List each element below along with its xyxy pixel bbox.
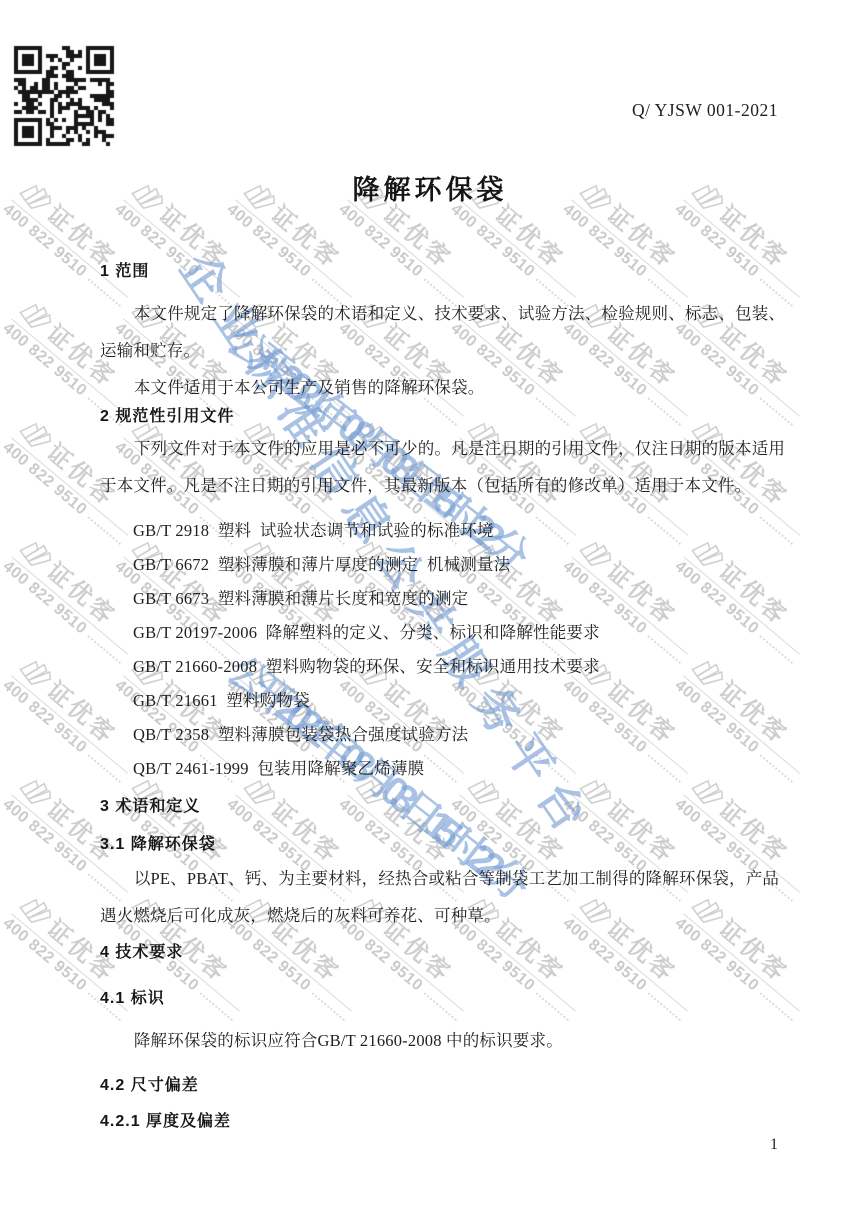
stamp-fan-logo-icon [15,769,59,812]
stamp-fan-logo-icon [15,293,59,336]
normative-reference-list: GB/T 2918 塑料 试验状态调节和试验的标准环境 GB/T 6672 塑料… [100,514,792,786]
stamp-fan-logo-icon [15,650,59,693]
reference-item: QB/T 2358 塑料薄膜包装袋热合强度试验方法 [100,718,792,752]
reference-item: GB/T 6673 塑料薄膜和薄片长度和宽度的测定 [100,582,792,616]
document-body: 1 范围 本文件规定了降解环保袋的术语和定义、技术要求、试验方法、检验规则、标志… [100,255,792,1133]
document-page: 证优客400 822 9510证优客400 822 9510证优客400 822… [0,0,860,1217]
stamp-phone-text: 400 822 9510 [0,320,90,401]
section-4-1-paragraph: 降解环保袋的标识应符合GB/T 21660-2008 中的标识要求。 [100,1022,792,1059]
section-3-1-paragraph: 以PE、PBAT、钙、为主要材料，经热合或粘合等制袋工艺加工制得的降解环保袋，产… [100,860,792,934]
section-4-1-heading: 4.1 标识 [100,988,792,1010]
reference-item: GB/T 20197-2006 降解塑料的定义、分类、标识和降解性能要求 [100,616,792,650]
reference-item: GB/T 21661 塑料购物袋 [100,684,792,718]
section-3-heading: 3 术语和定义 [100,796,792,818]
stamp-fan-logo-icon [15,531,59,574]
stamp-fan-logo-icon [15,888,59,931]
stamp-phone-text: 400 822 9510 [0,558,90,639]
section-1-paragraph: 本文件规定了降解环保袋的术语和定义、技术要求、试验方法、检验规则、标志、包装、运… [100,295,792,369]
section-2-heading: 2 规范性引用文件 [100,406,792,428]
stamp-phone-text: 400 822 9510 [0,677,90,758]
reference-item: GB/T 2918 塑料 试验状态调节和试验的标准环境 [100,514,792,548]
page-number: 1 [770,1136,778,1154]
section-2-paragraph: 下列文件对于本文件的应用是必不可少的。凡是注日期的引用文件，仅注日期的版本适用于… [100,430,792,504]
standard-number: Q/ YJSW 001-2021 [632,100,778,121]
section-1-paragraph: 本文件适用于本公司生产及销售的降解环保袋。 [100,369,792,406]
stamp-phone-text: 400 822 9510 [0,439,90,520]
stamp-phone-text: 400 822 9510 [0,796,90,877]
stamp-phone-text: 400 822 9510 [0,201,90,282]
section-4-2-1-heading: 4.2.1 厚度及偏差 [100,1111,792,1133]
stamp-fan-logo-icon [15,412,59,455]
section-4-heading: 4 技术要求 [100,942,792,964]
document-title: 降解环保袋 [0,168,860,207]
section-1-heading: 1 范围 [100,261,792,283]
section-4-2-heading: 4.2 尺寸偏差 [100,1075,792,1097]
reference-item: GB/T 6672 塑料薄膜和薄片厚度的测定 机械测量法 [100,548,792,582]
reference-item: QB/T 2461-1999 包装用降解聚乙烯薄膜 [100,752,792,786]
reference-item: GB/T 21660-2008 塑料购物袋的环保、安全和标识通用技术要求 [100,650,792,684]
qr-code-icon [12,44,116,148]
section-3-1-heading: 3.1 降解环保袋 [100,834,792,856]
stamp-phone-text: 400 822 9510 [0,915,90,996]
